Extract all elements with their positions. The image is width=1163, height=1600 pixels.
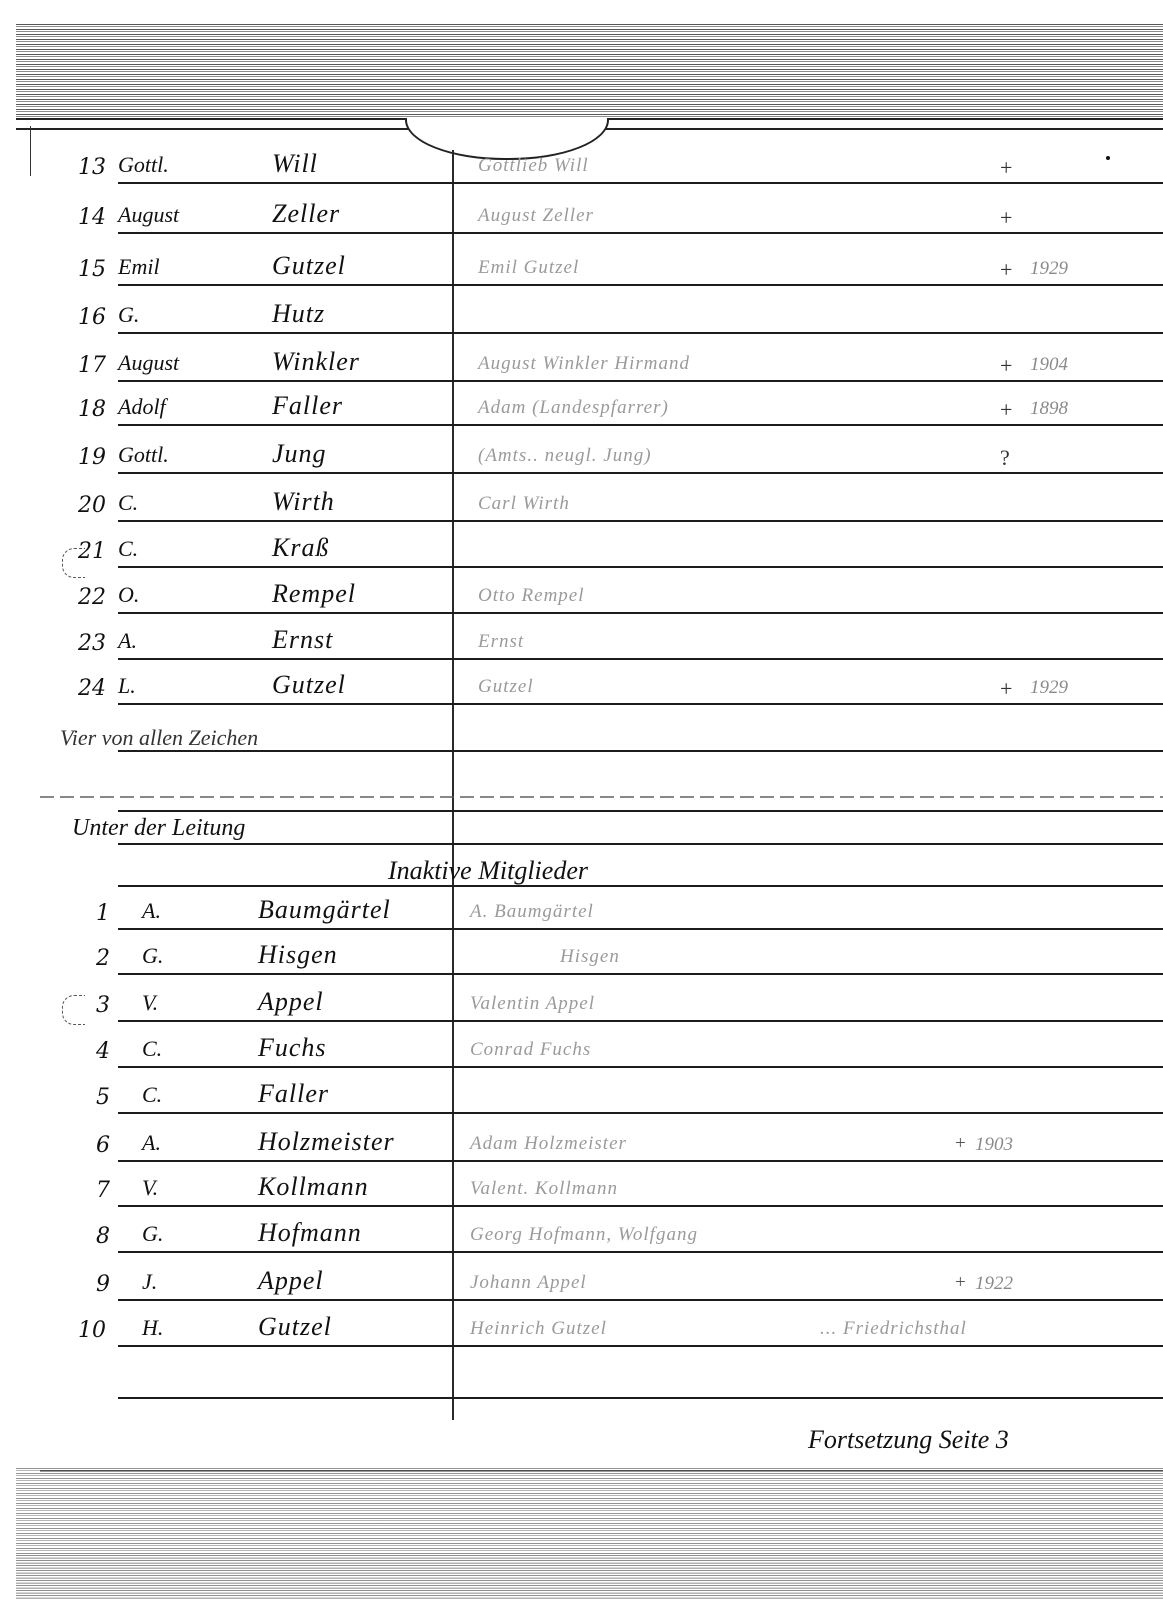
row-number: 23 <box>78 631 106 656</box>
death-year: 1904 <box>1030 354 1068 376</box>
death-year: 1898 <box>1030 398 1068 420</box>
member-initial: A. <box>118 628 137 654</box>
member-note: Adam Holzmeister <box>470 1133 627 1155</box>
ruled-line <box>40 796 1163 798</box>
member-surname: Kraß <box>272 533 329 563</box>
ruled-line <box>118 566 1163 568</box>
row-number: 22 <box>78 585 106 610</box>
member-surname: Winkler <box>272 347 360 377</box>
row-number: 9 <box>96 1272 110 1297</box>
member-initial: G. <box>118 302 139 328</box>
ruled-line <box>118 332 1163 334</box>
left-margin-line <box>30 126 31 176</box>
row-number: 2 <box>96 946 110 971</box>
row-number: 18 <box>78 397 106 422</box>
ruled-line <box>118 1345 1163 1347</box>
deceased-mark: + <box>955 1133 966 1155</box>
member-note: Otto Rempel <box>478 585 585 607</box>
row-number: 13 <box>78 155 106 180</box>
ruled-line <box>118 612 1163 614</box>
member-surname: Faller <box>258 1079 329 1109</box>
member-surname: Baumgärtel <box>258 895 391 925</box>
row-number: 24 <box>78 676 106 701</box>
ruled-line <box>118 1397 1163 1399</box>
member-initial: August <box>118 350 179 376</box>
binding-clip-mark <box>405 118 609 160</box>
member-surname: Appel <box>258 987 324 1017</box>
scan-stripes-top <box>16 24 1163 124</box>
row-number: 1 <box>96 901 110 926</box>
member-initial: J. <box>142 1269 157 1295</box>
ruled-line <box>118 1299 1163 1301</box>
ruled-line <box>118 1205 1163 1207</box>
ruled-line <box>118 1066 1163 1068</box>
member-initial: Emil <box>118 254 160 280</box>
member-note: August Zeller <box>478 205 594 227</box>
ruled-line <box>118 703 1163 705</box>
death-year: 1929 <box>1030 258 1068 280</box>
member-surname: Ernst <box>272 625 333 655</box>
deceased-mark: + <box>1000 155 1012 181</box>
ruled-line <box>118 182 1163 184</box>
member-note-extra: ... Friedrichsthal <box>820 1318 967 1340</box>
member-note: Adam (Landespfarrer) <box>478 397 669 419</box>
ruled-line <box>118 472 1163 474</box>
member-note: Georg Hofmann, Wolfgang <box>470 1224 698 1246</box>
ruled-line <box>118 1112 1163 1114</box>
member-note: (Amts.. neugl. Jung) <box>478 445 652 467</box>
ruled-line <box>118 928 1163 930</box>
ruled-line <box>118 750 1163 752</box>
member-surname: Hisgen <box>258 940 338 970</box>
member-initial: L. <box>118 673 136 699</box>
member-surname: Hofmann <box>258 1218 362 1248</box>
member-note: Gottlieb Will <box>478 155 589 177</box>
member-surname: Zeller <box>272 199 340 229</box>
member-initial: C. <box>142 1082 162 1108</box>
member-surname: Fuchs <box>258 1033 327 1063</box>
row-number: 19 <box>78 445 106 470</box>
deceased-mark: + <box>1000 397 1012 423</box>
row-number: 7 <box>96 1178 110 1203</box>
member-initial: G. <box>142 943 163 969</box>
ruled-line <box>118 1160 1163 1162</box>
member-surname: Holzmeister <box>258 1127 395 1157</box>
deceased-mark: + <box>1000 257 1012 283</box>
member-initial: Gottl. <box>118 442 169 468</box>
margin-bracket <box>62 995 85 1025</box>
ruled-line <box>118 380 1163 382</box>
deceased-mark: + <box>1000 205 1012 231</box>
ruled-line <box>118 1020 1163 1022</box>
member-surname: Appel <box>258 1266 324 1296</box>
death-year: 1922 <box>975 1273 1013 1295</box>
member-initial: V. <box>142 990 158 1016</box>
deceased-mark: + <box>955 1272 966 1294</box>
row-number: 3 <box>96 993 110 1018</box>
ruled-line <box>118 973 1163 975</box>
member-initial: Adolf <box>118 394 166 420</box>
member-surname: Jung <box>272 439 327 469</box>
member-note: Ernst <box>478 631 524 653</box>
row-number: 14 <box>78 205 106 230</box>
leadership-line: Unter der Leitung <box>72 815 245 842</box>
row-number: 15 <box>78 257 106 282</box>
member-surname: Gutzel <box>272 251 346 281</box>
member-surname: Wirth <box>272 487 335 517</box>
member-initial: H. <box>142 1315 163 1341</box>
member-note: Valentin Appel <box>470 993 595 1015</box>
row-number: 4 <box>96 1039 110 1064</box>
member-note: Emil Gutzel <box>478 257 579 279</box>
member-surname: Gutzel <box>258 1312 332 1342</box>
ruled-line <box>118 843 1163 845</box>
member-surname: Gutzel <box>272 670 346 700</box>
row-number: 20 <box>78 493 106 518</box>
row-number: 8 <box>96 1224 110 1249</box>
column-divider <box>452 150 454 1420</box>
ruled-line <box>118 1251 1163 1253</box>
member-initial: August <box>118 202 179 228</box>
ruled-line <box>118 520 1163 522</box>
summary-line: Vier von allen Zeichen <box>60 725 258 751</box>
death-year: 1929 <box>1030 677 1068 699</box>
ruled-line <box>118 658 1163 660</box>
deceased-mark: + <box>1000 353 1012 379</box>
member-note: August Winkler Hirmand <box>478 353 690 375</box>
member-note: Valent. Kollmann <box>470 1178 618 1200</box>
member-initial: C. <box>118 490 138 516</box>
row-number: 6 <box>96 1133 110 1158</box>
member-note: Heinrich Gutzel <box>470 1318 607 1340</box>
member-initial: G. <box>142 1221 163 1247</box>
member-surname: Will <box>272 149 318 179</box>
member-note: Carl Wirth <box>478 493 570 515</box>
row-number: 17 <box>78 353 106 378</box>
deceased-mark: ? <box>1000 445 1010 471</box>
member-initial: A. <box>142 1130 161 1156</box>
ruled-line <box>118 284 1163 286</box>
member-note: Conrad Fuchs <box>470 1039 591 1061</box>
member-surname: Hutz <box>272 299 325 329</box>
row-number: 16 <box>78 305 106 330</box>
member-initial: O. <box>118 582 139 608</box>
member-surname: Kollmann <box>258 1172 369 1202</box>
margin-bracket <box>62 548 85 578</box>
scan-stripes-bottom-fade <box>16 1555 1163 1600</box>
member-initial: C. <box>142 1036 162 1062</box>
continuation-note: Fortsetzung Seite 3 <box>808 1425 1009 1455</box>
member-initial: C. <box>118 536 138 562</box>
inactive-heading: Inaktive Mitglieder <box>388 856 588 886</box>
member-surname: Rempel <box>272 579 356 609</box>
death-year: 1903 <box>975 1134 1013 1156</box>
member-note: Gutzel <box>478 676 534 698</box>
row-number: 10 <box>78 1318 106 1343</box>
ink-speck <box>1106 156 1110 160</box>
deceased-mark: + <box>1000 676 1012 702</box>
member-surname: Faller <box>272 391 343 421</box>
row-number: 5 <box>96 1085 110 1110</box>
member-initial: A. <box>142 898 161 924</box>
ruled-line <box>118 810 1163 812</box>
member-note: Hisgen <box>560 946 620 968</box>
ruled-line <box>118 424 1163 426</box>
member-initial: Gottl. <box>118 152 169 178</box>
member-note: Johann Appel <box>470 1272 587 1294</box>
ruled-line <box>118 232 1163 234</box>
member-note: A. Baumgärtel <box>470 901 594 923</box>
member-initial: V. <box>142 1175 158 1201</box>
ruled-line <box>118 885 1163 887</box>
